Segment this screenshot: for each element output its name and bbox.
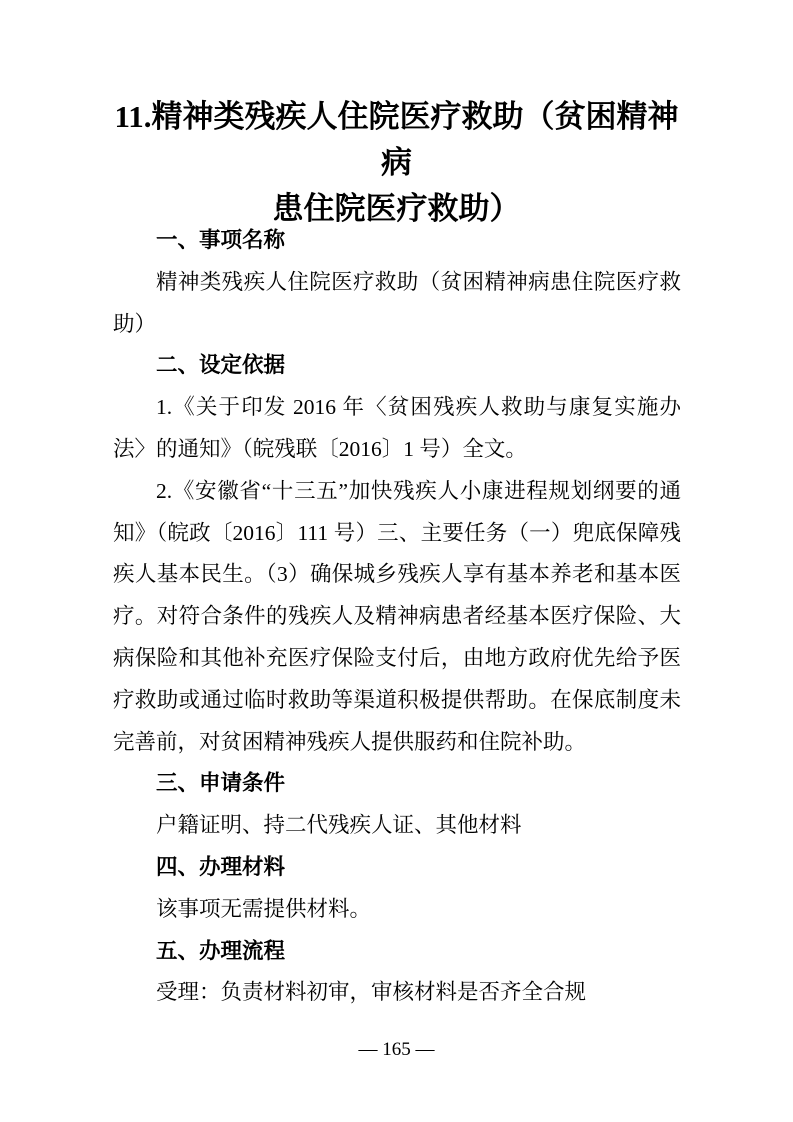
- paragraph: 受理：负责材料初审，审核材料是否齐全合规: [113, 972, 681, 1014]
- section-heading: 二、设定依据: [113, 345, 681, 387]
- paragraph: 该事项无需提供材料。: [113, 889, 681, 931]
- document-title: 11.精神类残疾人住院医疗救助（贫困精神病 患住院医疗救助）: [100, 94, 693, 232]
- paragraph: 1.《关于印发 2016 年〈贫困残疾人救助与康复实施办法〉的通知》（皖残联〔2…: [113, 387, 681, 471]
- page-footer: — 165 —: [0, 1037, 793, 1063]
- paragraph: 2.《安徽省“十三五”加快残疾人小康进程规划纲要的通知》（皖政〔2016〕111…: [113, 471, 681, 764]
- section-heading: 三、申请条件: [113, 763, 681, 805]
- document-body: 一、事项名称精神类残疾人住院医疗救助（贫困精神病患住院医疗救助）二、设定依据1.…: [113, 220, 681, 1014]
- section-heading: 四、办理材料: [113, 847, 681, 889]
- section-heading: 五、办理流程: [113, 931, 681, 973]
- paragraph: 户籍证明、持二代残疾人证、其他材料: [113, 805, 681, 847]
- document-title-line1: 11.精神类残疾人住院医疗救助（贫困精神病: [100, 94, 693, 186]
- page-number: — 165 —: [359, 1039, 435, 1060]
- paragraph: 精神类残疾人住院医疗救助（贫困精神病患住院医疗救助）: [113, 262, 681, 346]
- section-heading: 一、事项名称: [113, 220, 681, 262]
- document-page: 11.精神类残疾人住院医疗救助（贫困精神病 患住院医疗救助） 一、事项名称精神类…: [0, 0, 793, 1122]
